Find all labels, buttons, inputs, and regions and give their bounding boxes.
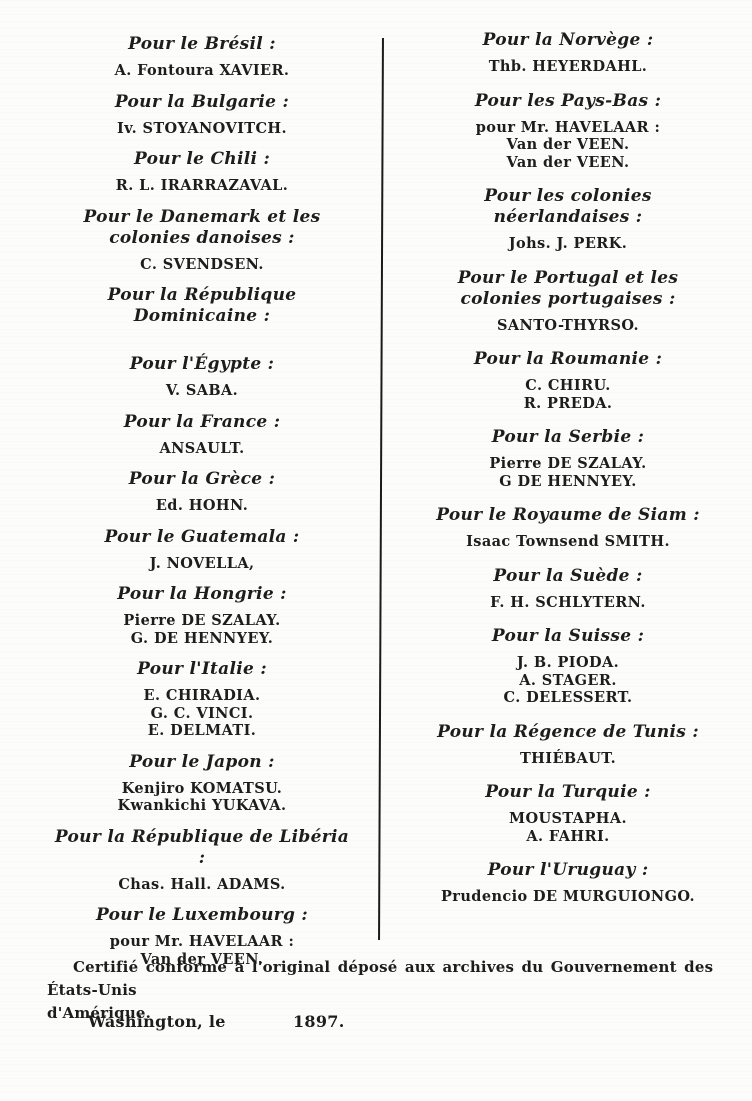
date-place-label: Washington, le xyxy=(88,1012,226,1031)
signature-block: Pour la Grèce :Ed. HOHN. xyxy=(50,469,354,515)
signature-block: Pour la Norvège :Thb. HEYERDAHL. xyxy=(416,30,720,76)
signature-block: Pour la Serbie :Pierre DE SZALAY.G DE HE… xyxy=(416,427,720,490)
signature-block: Pour le Chili :R. L. IRARRAZAVAL. xyxy=(50,149,354,195)
country-header: Pour la France : xyxy=(50,412,354,433)
signature-block: Pour le Guatemala :J. NOVELLA, xyxy=(50,527,354,573)
country-header: Pour la Bulgarie : xyxy=(50,92,354,113)
signature-block: Pour la Hongrie :Pierre DE SZALAY.G. DE … xyxy=(50,584,354,647)
signatory-name: E. DELMATI. xyxy=(50,722,354,740)
signatory-name: G. DE HENNYEY. xyxy=(50,630,354,648)
signature-block: Pour la Suède :F. H. SCHLYTERN. xyxy=(416,566,720,612)
country-header: Pour la Suisse : xyxy=(416,626,720,647)
signatory-name: Van der VEEN. xyxy=(416,154,720,172)
signature-block: Pour la République Dominicaine : xyxy=(50,285,354,327)
signatory-name: C. CHIRU. xyxy=(416,377,720,395)
signatory-name: Pierre DE SZALAY. xyxy=(416,455,720,473)
country-header: Pour le Luxembourg : xyxy=(50,905,354,926)
country-header: Pour la Régence de Tunis : xyxy=(416,722,720,743)
signature-block: Pour la Roumanie :C. CHIRU.R. PREDA. xyxy=(416,349,720,412)
country-header: Pour la Turquie : xyxy=(416,782,720,803)
column-divider-rule xyxy=(378,38,384,940)
signatory-name: Thb. HEYERDAHL. xyxy=(416,58,720,76)
signature-column-right: Pour la Norvège :Thb. HEYERDAHL.Pour les… xyxy=(416,30,720,921)
signatory-name: SANTO-THYRSO. xyxy=(416,317,720,335)
signatory-name: Kwankichi YUKAVA. xyxy=(50,797,354,815)
country-header: Pour les colonies néerlandaises : xyxy=(416,186,720,228)
country-header: Pour le Royaume de Siam : xyxy=(416,505,720,526)
signatory-name: C. DELESSERT. xyxy=(416,689,720,707)
country-header: Pour le Danemark et les colonies danoise… xyxy=(50,207,354,249)
country-header: Pour l'Italie : xyxy=(50,659,354,680)
signature-block: Pour le Portugal et les colonies portuga… xyxy=(416,268,720,335)
signatory-name: G DE HENNYEY. xyxy=(416,473,720,491)
signature-block: Pour les Pays-Bas :pour Mr. HAVELAAR :Va… xyxy=(416,91,720,172)
country-header: Pour la République Dominicaine : xyxy=(50,285,354,327)
signatory-name: G. C. VINCI. xyxy=(50,705,354,723)
country-header: Pour le Brésil : xyxy=(50,34,354,55)
signature-block: Pour le Japon :Kenjiro KOMATSU.Kwankichi… xyxy=(50,752,354,815)
signatory-name: R. L. IRARRAZAVAL. xyxy=(50,177,354,195)
signature-block: Pour la Suisse :J. B. PIODA.A. STAGER.C.… xyxy=(416,626,720,707)
signature-block: Pour le Danemark et les colonies danoise… xyxy=(50,207,354,274)
signatory-name: Ed. HOHN. xyxy=(50,497,354,515)
certification-line-1: Certifié conforme à l'original déposé au… xyxy=(47,956,719,1002)
signatory-name: A. FAHRI. xyxy=(416,828,720,846)
country-header: Pour la République de Libéria : xyxy=(50,827,354,869)
date-year-label: 1897. xyxy=(293,1012,345,1031)
signatory-name: A. STAGER. xyxy=(416,672,720,690)
signatory-name: pour Mr. HAVELAAR : xyxy=(50,933,354,951)
signatory-name: J. NOVELLA, xyxy=(50,555,354,573)
signature-block: Pour la République de Libéria :Chas. Hal… xyxy=(50,827,354,894)
signatory-name: Prudencio DE MURGUIONGO. xyxy=(416,888,720,906)
country-header: Pour la Norvège : xyxy=(416,30,720,51)
country-header: Pour le Chili : xyxy=(50,149,354,170)
signatory-name: Pierre DE SZALAY. xyxy=(50,612,354,630)
signatory-name: Johs. J. PERK. xyxy=(416,235,720,253)
signatory-name: J. B. PIODA. xyxy=(416,654,720,672)
country-header: Pour la Hongrie : xyxy=(50,584,354,605)
signature-block: Pour la Bulgarie :Iv. STOYANOVITCH. xyxy=(50,92,354,138)
country-header: Pour l'Égypte : xyxy=(50,354,354,375)
signature-block: Pour l'Égypte :V. SABA. xyxy=(50,354,354,400)
signature-column-left: Pour le Brésil :A. Fontoura XAVIER.Pour … xyxy=(50,34,354,980)
signature-block: Pour la France :ANSAULT. xyxy=(50,412,354,458)
signatory-name: E. CHIRADIA. xyxy=(50,687,354,705)
signature-block: Pour les colonies néerlandaises :Johs. J… xyxy=(416,186,720,253)
signatory-name: R. PREDA. xyxy=(416,395,720,413)
signatory-name: THIÉBAUT. xyxy=(416,750,720,768)
country-header: Pour la Roumanie : xyxy=(416,349,720,370)
signatory-name: F. H. SCHLYTERN. xyxy=(416,594,720,612)
signatory-name: V. SABA. xyxy=(50,382,354,400)
signatory-name: C. SVENDSEN. xyxy=(50,256,354,274)
signatory-name: ANSAULT. xyxy=(50,440,354,458)
country-header: Pour la Grèce : xyxy=(50,469,354,490)
signature-block: Pour la Turquie :MOUSTAPHA.A. FAHRI. xyxy=(416,782,720,845)
country-header: Pour la Serbie : xyxy=(416,427,720,448)
scanned-treaty-signature-page: Pour le Brésil :A. Fontoura XAVIER.Pour … xyxy=(0,0,752,1101)
signature-block: Pour le Brésil :A. Fontoura XAVIER. xyxy=(50,34,354,80)
signature-block: Pour l'Italie :E. CHIRADIA.G. C. VINCI.E… xyxy=(50,659,354,740)
signatory-name: MOUSTAPHA. xyxy=(416,810,720,828)
country-header: Pour les Pays-Bas : xyxy=(416,91,720,112)
country-header: Pour le Portugal et les colonies portuga… xyxy=(416,268,720,310)
signature-block: Pour le Royaume de Siam :Isaac Townsend … xyxy=(416,505,720,551)
country-header: Pour le Japon : xyxy=(50,752,354,773)
signatory-name: Van der VEEN. xyxy=(416,136,720,154)
signatory-name: Kenjiro KOMATSU. xyxy=(50,780,354,798)
signature-block: Pour la Régence de Tunis :THIÉBAUT. xyxy=(416,722,720,768)
signatory-name: Isaac Townsend SMITH. xyxy=(416,533,720,551)
country-header: Pour le Guatemala : xyxy=(50,527,354,548)
country-header: Pour la Suède : xyxy=(416,566,720,587)
signature-block: Pour l'Uruguay :Prudencio DE MURGUIONGO. xyxy=(416,860,720,906)
signatory-name: A. Fontoura XAVIER. xyxy=(50,62,354,80)
signatory-name: pour Mr. HAVELAAR : xyxy=(416,119,720,137)
signatory-name: Chas. Hall. ADAMS. xyxy=(50,876,354,894)
country-header: Pour l'Uruguay : xyxy=(416,860,720,881)
date-line: Washington, le 1897. xyxy=(88,1012,226,1031)
signatory-name: Iv. STOYANOVITCH. xyxy=(50,120,354,138)
